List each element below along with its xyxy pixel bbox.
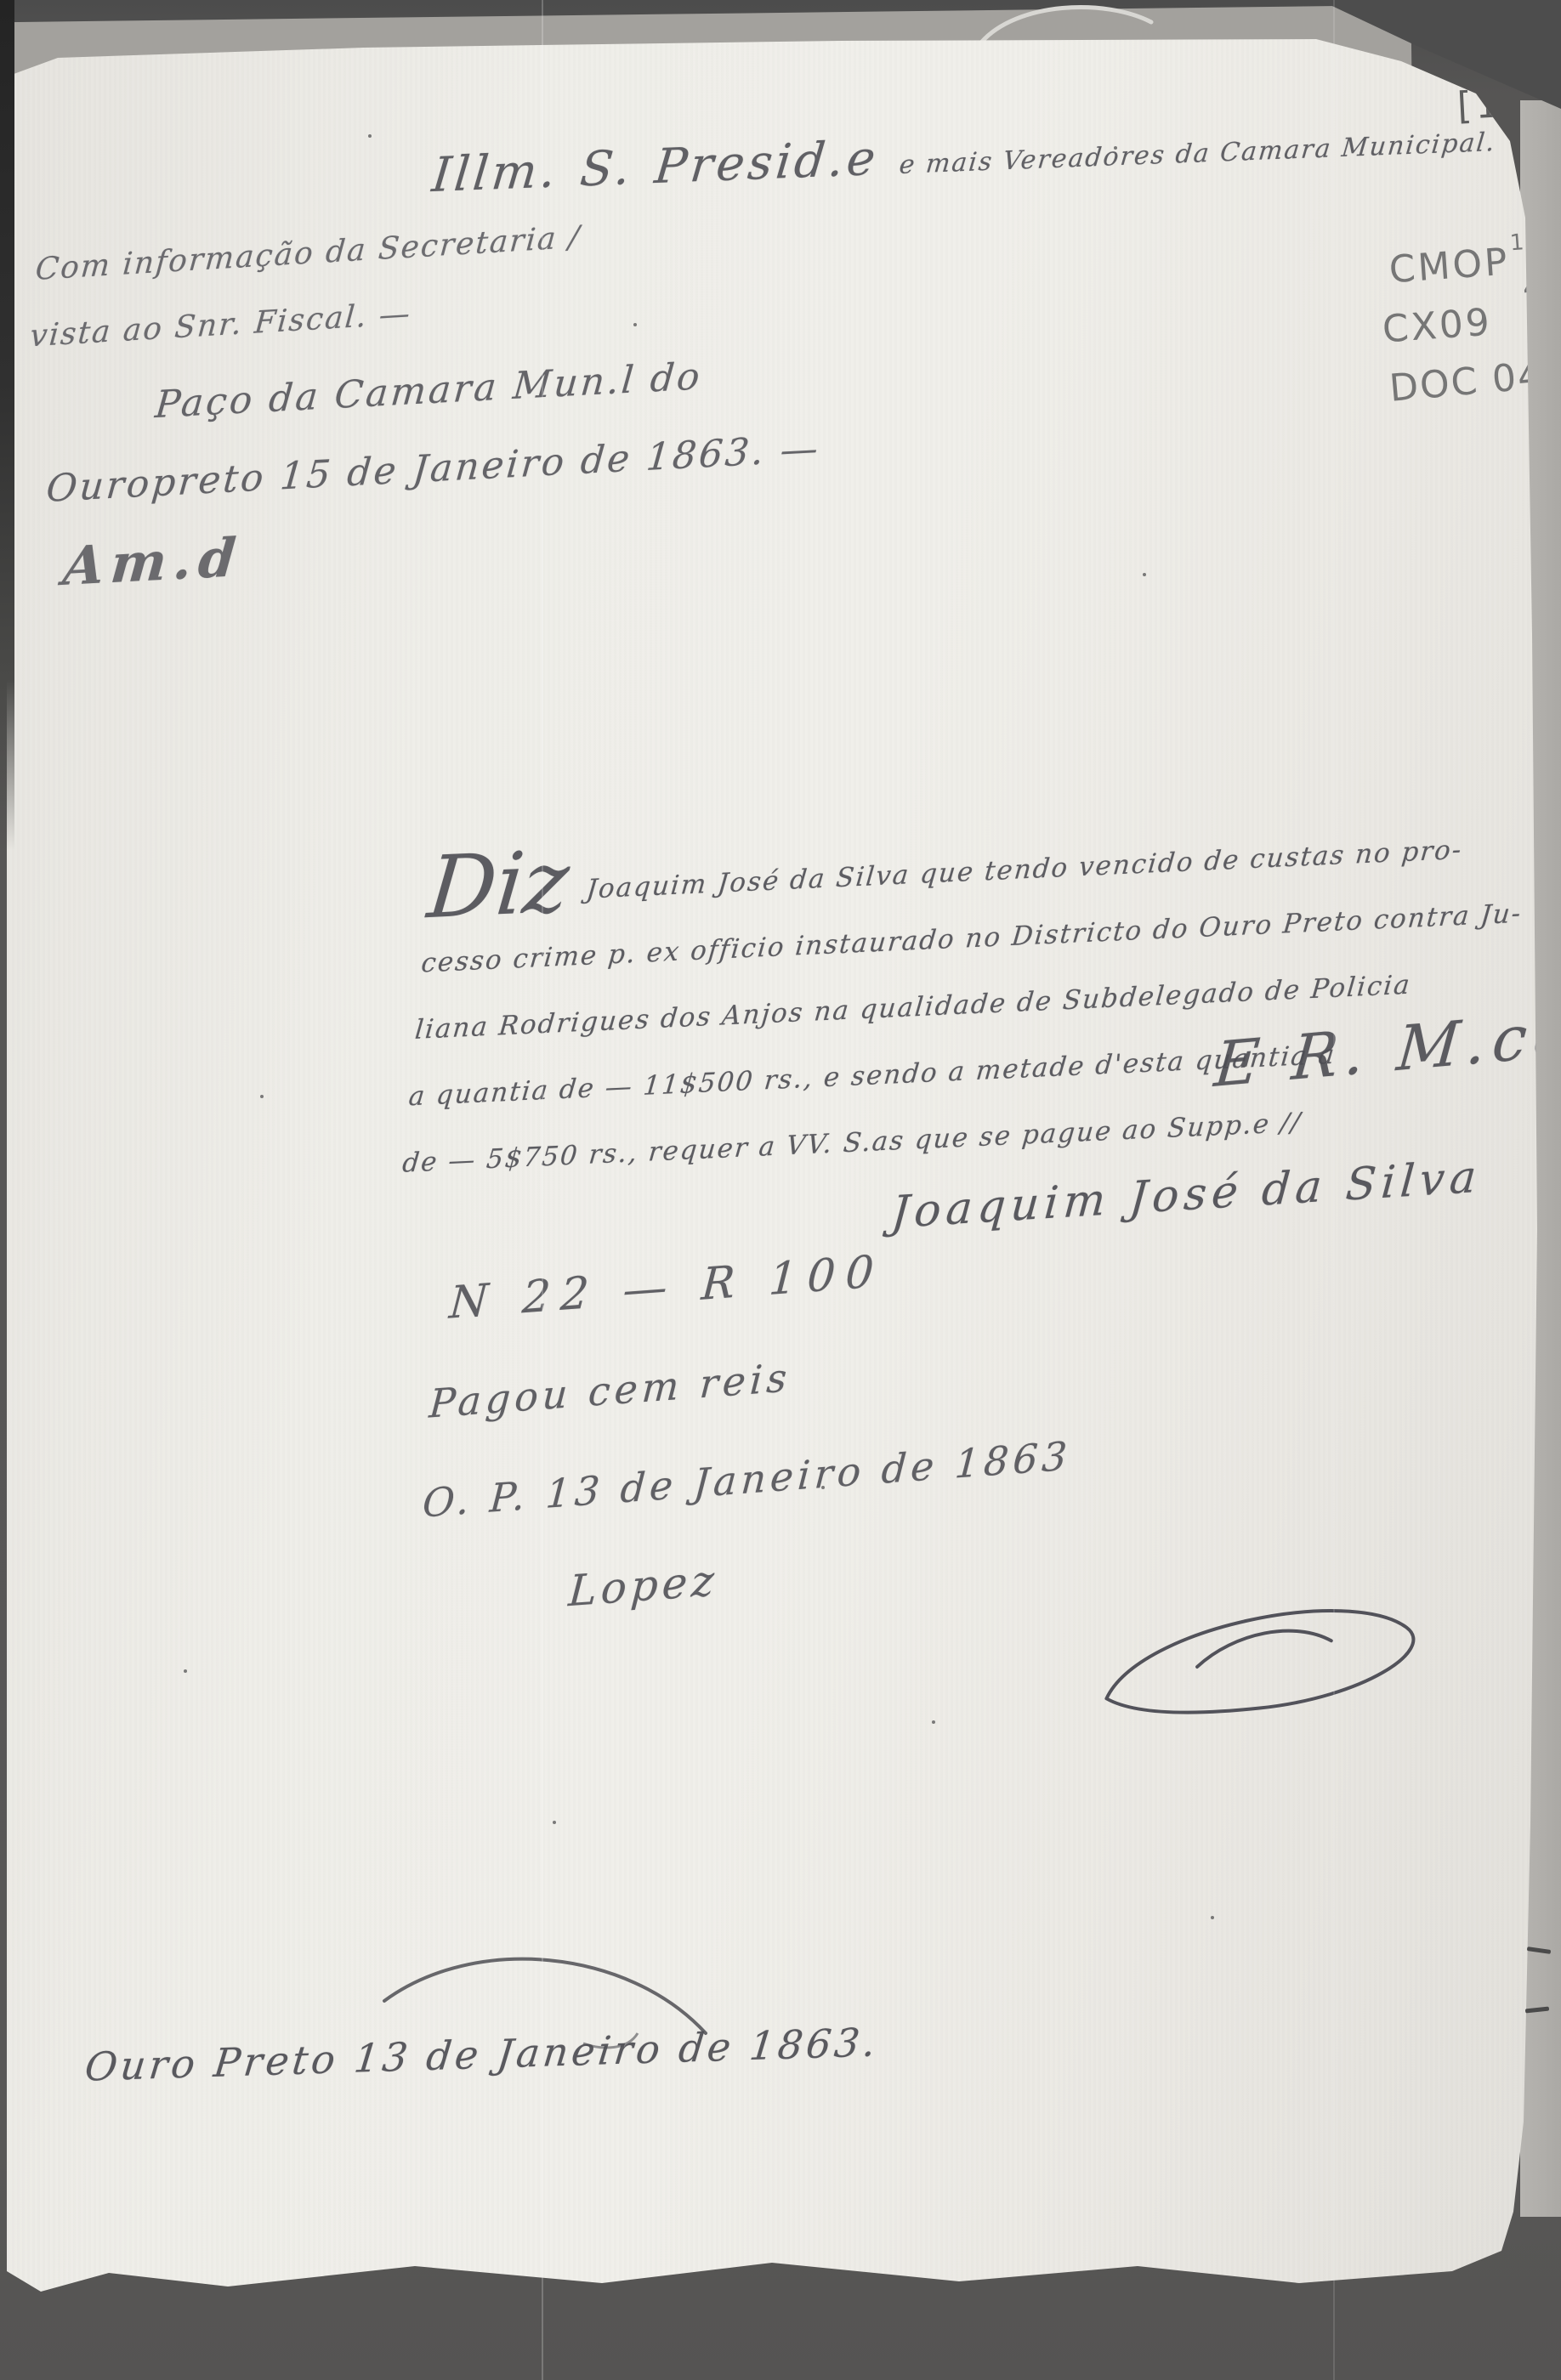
petition-body: DizJoaquim José da Silva que tendo venci… (400, 802, 1561, 1197)
ink-speck (184, 1669, 187, 1673)
scanned-document: Illm. S. Presid.e e mais Vereadores da C… (0, 0, 1561, 2380)
scan-streak (542, 0, 543, 2380)
ink-speck (1143, 573, 1146, 576)
header-rest: e mais Vereadores da Camara Municipal. (898, 127, 1497, 180)
ink-speck (260, 1095, 264, 1098)
ink-speck (932, 1720, 935, 1724)
clerk-rubric-flourish (1067, 1557, 1472, 1750)
ink-speck (1114, 146, 1117, 150)
ink-speck (1211, 1916, 1214, 1919)
archive-fond-mark: CMOP14 (1388, 238, 1547, 297)
fee-receipt: N 22 — R 100 Pagou cem reis O. P. 13 de … (413, 1207, 1088, 1652)
archive-doc-mark: DOC 04 (1388, 354, 1545, 411)
despacho-dateline: Paço da Camara Mun.l do Ouropreto 15 de … (36, 331, 831, 607)
ink-speck (633, 323, 637, 326)
ink-speck (821, 1486, 825, 1489)
header-word-presid: Presid.e (652, 131, 881, 195)
fond-sup: 1 (1509, 229, 1528, 256)
fond-code: CMOP (1388, 241, 1511, 292)
despacho-note: Com informação da Secretaria / vista ao … (27, 204, 583, 370)
ink-speck (368, 134, 372, 138)
binding-shadow-left (0, 0, 14, 850)
petition-opening-word: Diz (423, 831, 573, 938)
document-page: Illm. S. Presid.e e mais Vereadores da C… (7, 39, 1539, 2300)
header-salutation: Illm. S. Presid.e e mais Vereadores da C… (429, 107, 1500, 203)
header-word-s: S. (577, 140, 636, 198)
archive-box-mark: CX09 (1381, 301, 1493, 352)
page-number-mark: [1] (1456, 82, 1522, 128)
scan-streak (1333, 0, 1335, 2380)
ink-speck (553, 1821, 556, 1824)
